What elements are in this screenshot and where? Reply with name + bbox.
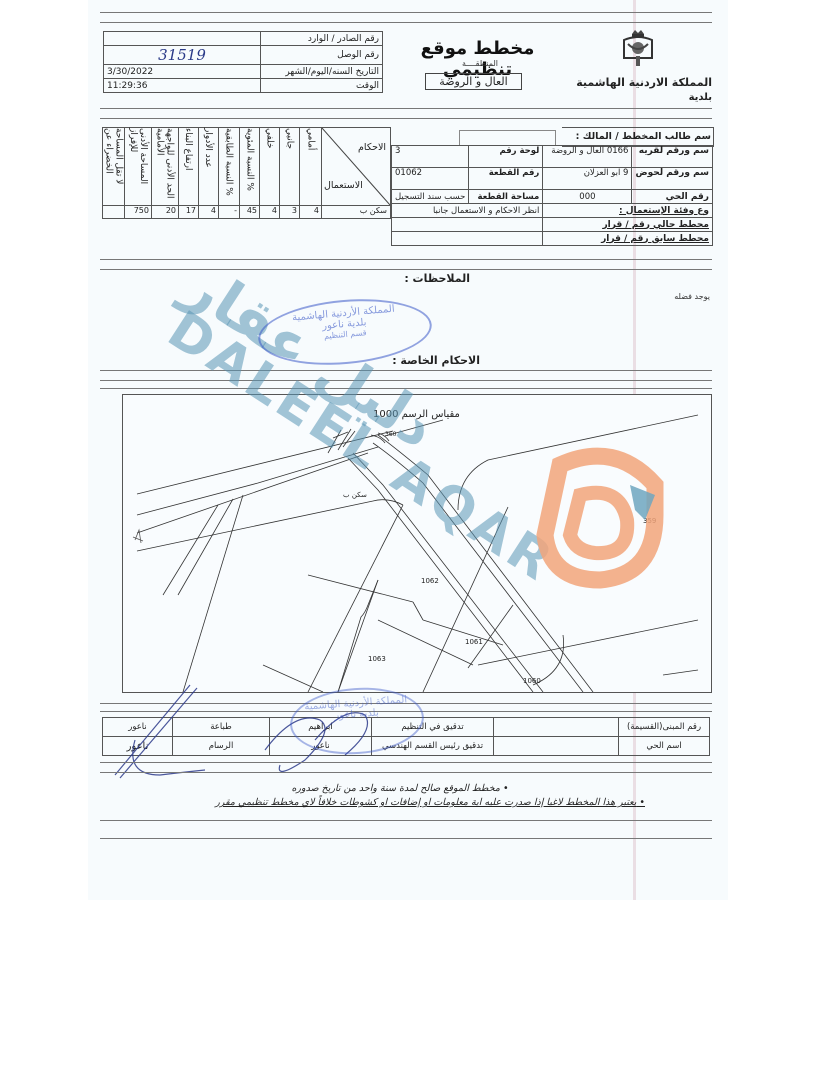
- rules-value-cell: 45: [240, 206, 260, 218]
- divider: [100, 269, 712, 270]
- date-value: 3/30/2022: [104, 65, 261, 79]
- meta-label: رقم الصادر / الوارد: [261, 32, 383, 46]
- divider: [100, 259, 712, 260]
- rules-header-cell: النسبة الطابقية %: [219, 128, 240, 205]
- usage-value: انظر الاحكام و الاستعمال جانبا: [392, 204, 543, 218]
- board-label: لوحة رقم: [469, 146, 543, 168]
- notes-title: الملاحظات :: [370, 272, 470, 285]
- rules-header-text: المساحة الأدنى للإفراز: [128, 128, 148, 205]
- basin-value: 9 ابو العزلان: [543, 168, 632, 190]
- rules-header-cell: ارتفاع البناء: [179, 128, 199, 205]
- building-no-label: رقم المبنى(القسيمة): [619, 718, 710, 737]
- time-value: 11:29:36: [104, 79, 261, 93]
- rules-corner-top: الاحكام: [358, 142, 386, 153]
- rules-row: 75020174-45434سكن ب: [103, 205, 390, 218]
- rules-value-cell: 17: [179, 206, 199, 218]
- rules-table: الاحكام الاستعمال لا تقل المساحة الخضراء…: [102, 127, 391, 219]
- current-plan-value: [392, 218, 543, 232]
- region-label: المنطقــــة: [430, 59, 530, 68]
- rules-header-text: النسبة المئوية %: [244, 128, 254, 205]
- previous-plan-value: [392, 232, 543, 246]
- rules-header-cell: خلفي: [260, 128, 280, 205]
- divider: [100, 118, 712, 119]
- special-rules-title: الاحكام الخاصة :: [380, 354, 480, 367]
- rules-value-cell: 4: [260, 206, 280, 218]
- previous-plan-label: محطط سابق رقم / قرار: [543, 232, 713, 246]
- plot-1063: 1063: [368, 655, 386, 663]
- plot-1060: 1060: [523, 677, 541, 685]
- area-value: حسب سند التسجيل: [392, 190, 469, 204]
- rules-header-cell: جانبي: [280, 128, 300, 205]
- receipt-number: 31519: [158, 46, 206, 64]
- current-plan-label: محطط حالي رقم / قرار: [543, 218, 713, 232]
- rules-header-cell: أمامي: [300, 128, 322, 205]
- plot-label: رقم القطعة: [469, 168, 543, 190]
- rules-header-cell: عدد الأدوار: [199, 128, 219, 205]
- rules-header-text: جانبي: [285, 128, 295, 205]
- rules-value-cell: 4: [300, 206, 322, 218]
- rules-corner: الاحكام الاستعمال: [321, 128, 390, 205]
- divider: [100, 762, 712, 763]
- footer-note: • يعتبر هذا المخطط لاغيا إذا صدرت عليه ا…: [170, 797, 645, 808]
- rules-value-cell: 750: [125, 206, 152, 218]
- rules-header-text: النسبة الطابقية %: [224, 128, 234, 205]
- rules-header-cell: النسبة المئوية %: [240, 128, 260, 205]
- district-value: 000: [543, 190, 632, 204]
- rules-usage-cell: سكن ب: [322, 206, 390, 218]
- rules-header-cell: المساحة الأدنى للإفراز: [125, 128, 152, 205]
- divider: [100, 108, 712, 109]
- rules-header-text: عدد الأدوار: [203, 128, 213, 205]
- rules-value-cell: 4: [199, 206, 219, 218]
- rules-header-cell: لا تقل المساحة الخضراء عن: [103, 128, 125, 205]
- footer-note: • مخطط الموقع صالح لمدة سنة واحد من تاري…: [170, 783, 630, 794]
- basin-label: سم ورقم لحوض: [632, 168, 713, 190]
- owner-field: [459, 130, 556, 146]
- village-value: 0166 العال و الروضة: [543, 146, 632, 168]
- rules-header-cell: الحد الأدنى للواجهة الأمامية: [152, 128, 179, 205]
- footer-note-text: مخطط الموقع صالح لمدة سنة واحد من تاريخ …: [291, 783, 500, 794]
- municipality-label: بلدية: [650, 92, 712, 103]
- country-name: المملكة الاردنية الهاشمية: [572, 76, 712, 89]
- meta-table: رقم الصادر / الوارد رقم الوصل31519 التار…: [103, 31, 383, 93]
- footer-note-text: يعتبر هذا المخطط لاغيا إذا صدرت عليه اية…: [215, 797, 636, 808]
- board-value: 3: [392, 146, 469, 168]
- coat-of-arms-icon: [618, 28, 658, 70]
- owner-row: سم طالب المخطط / المالك :: [562, 127, 714, 147]
- meta-label: الوقت: [261, 79, 383, 93]
- district-label: رقم الحي: [632, 190, 713, 204]
- district-name-label: اسم الحي: [619, 737, 710, 756]
- watermark-logo-icon: [535, 445, 670, 590]
- divider: [100, 22, 712, 23]
- divider: [100, 772, 712, 773]
- owner-label: سم طالب المخطط / المالك :: [576, 131, 711, 142]
- rules-headers: لا تقل المساحة الخضراء عنالمساحة الأدنى …: [103, 128, 322, 205]
- usage-label: وع وفئة الإستعمال :: [543, 204, 713, 218]
- zone-label: سكن ب: [343, 491, 367, 499]
- divider: [100, 838, 712, 839]
- parcel-info: سم طالب المخطط / المالك : سم ورقم لقريه …: [389, 127, 713, 250]
- notes-text: يوجد فضله: [620, 292, 710, 301]
- meta-value: [104, 32, 261, 46]
- divider: [100, 12, 712, 13]
- rules-value-cell: [103, 206, 125, 218]
- rules-header-text: خلفي: [264, 128, 274, 205]
- divider: [100, 820, 712, 821]
- plot-value: 01062: [392, 168, 469, 190]
- meta-label: رقم الوصل: [261, 46, 383, 65]
- rules-corner-bottom: الاستعمال: [324, 180, 363, 191]
- region-value: العال و الروضة: [425, 73, 522, 90]
- rules-header-text: أمامي: [306, 128, 316, 205]
- rules-header-text: الحد الأدنى للواجهة الأمامية: [155, 128, 175, 205]
- plot-1062: 1062: [421, 577, 439, 585]
- rules-value-cell: 3: [280, 206, 300, 218]
- village-label: سم ورقم لقريه: [632, 146, 713, 168]
- parcel-table: سم ورقم لقريه 0166 العال و الروضة لوحة ر…: [391, 145, 713, 246]
- rules-value-cell: -: [219, 206, 240, 218]
- rules-header-text: لا تقل المساحة الخضراء عن: [104, 128, 124, 205]
- meta-label: التاريخ السنه/اليوم/الشهر: [261, 65, 383, 79]
- rules-header-text: ارتفاع البناء: [183, 128, 193, 205]
- area-label: مساحة القطعة: [469, 190, 543, 204]
- plot-1061: 1061: [465, 638, 483, 646]
- rules-value-cell: 20: [152, 206, 179, 218]
